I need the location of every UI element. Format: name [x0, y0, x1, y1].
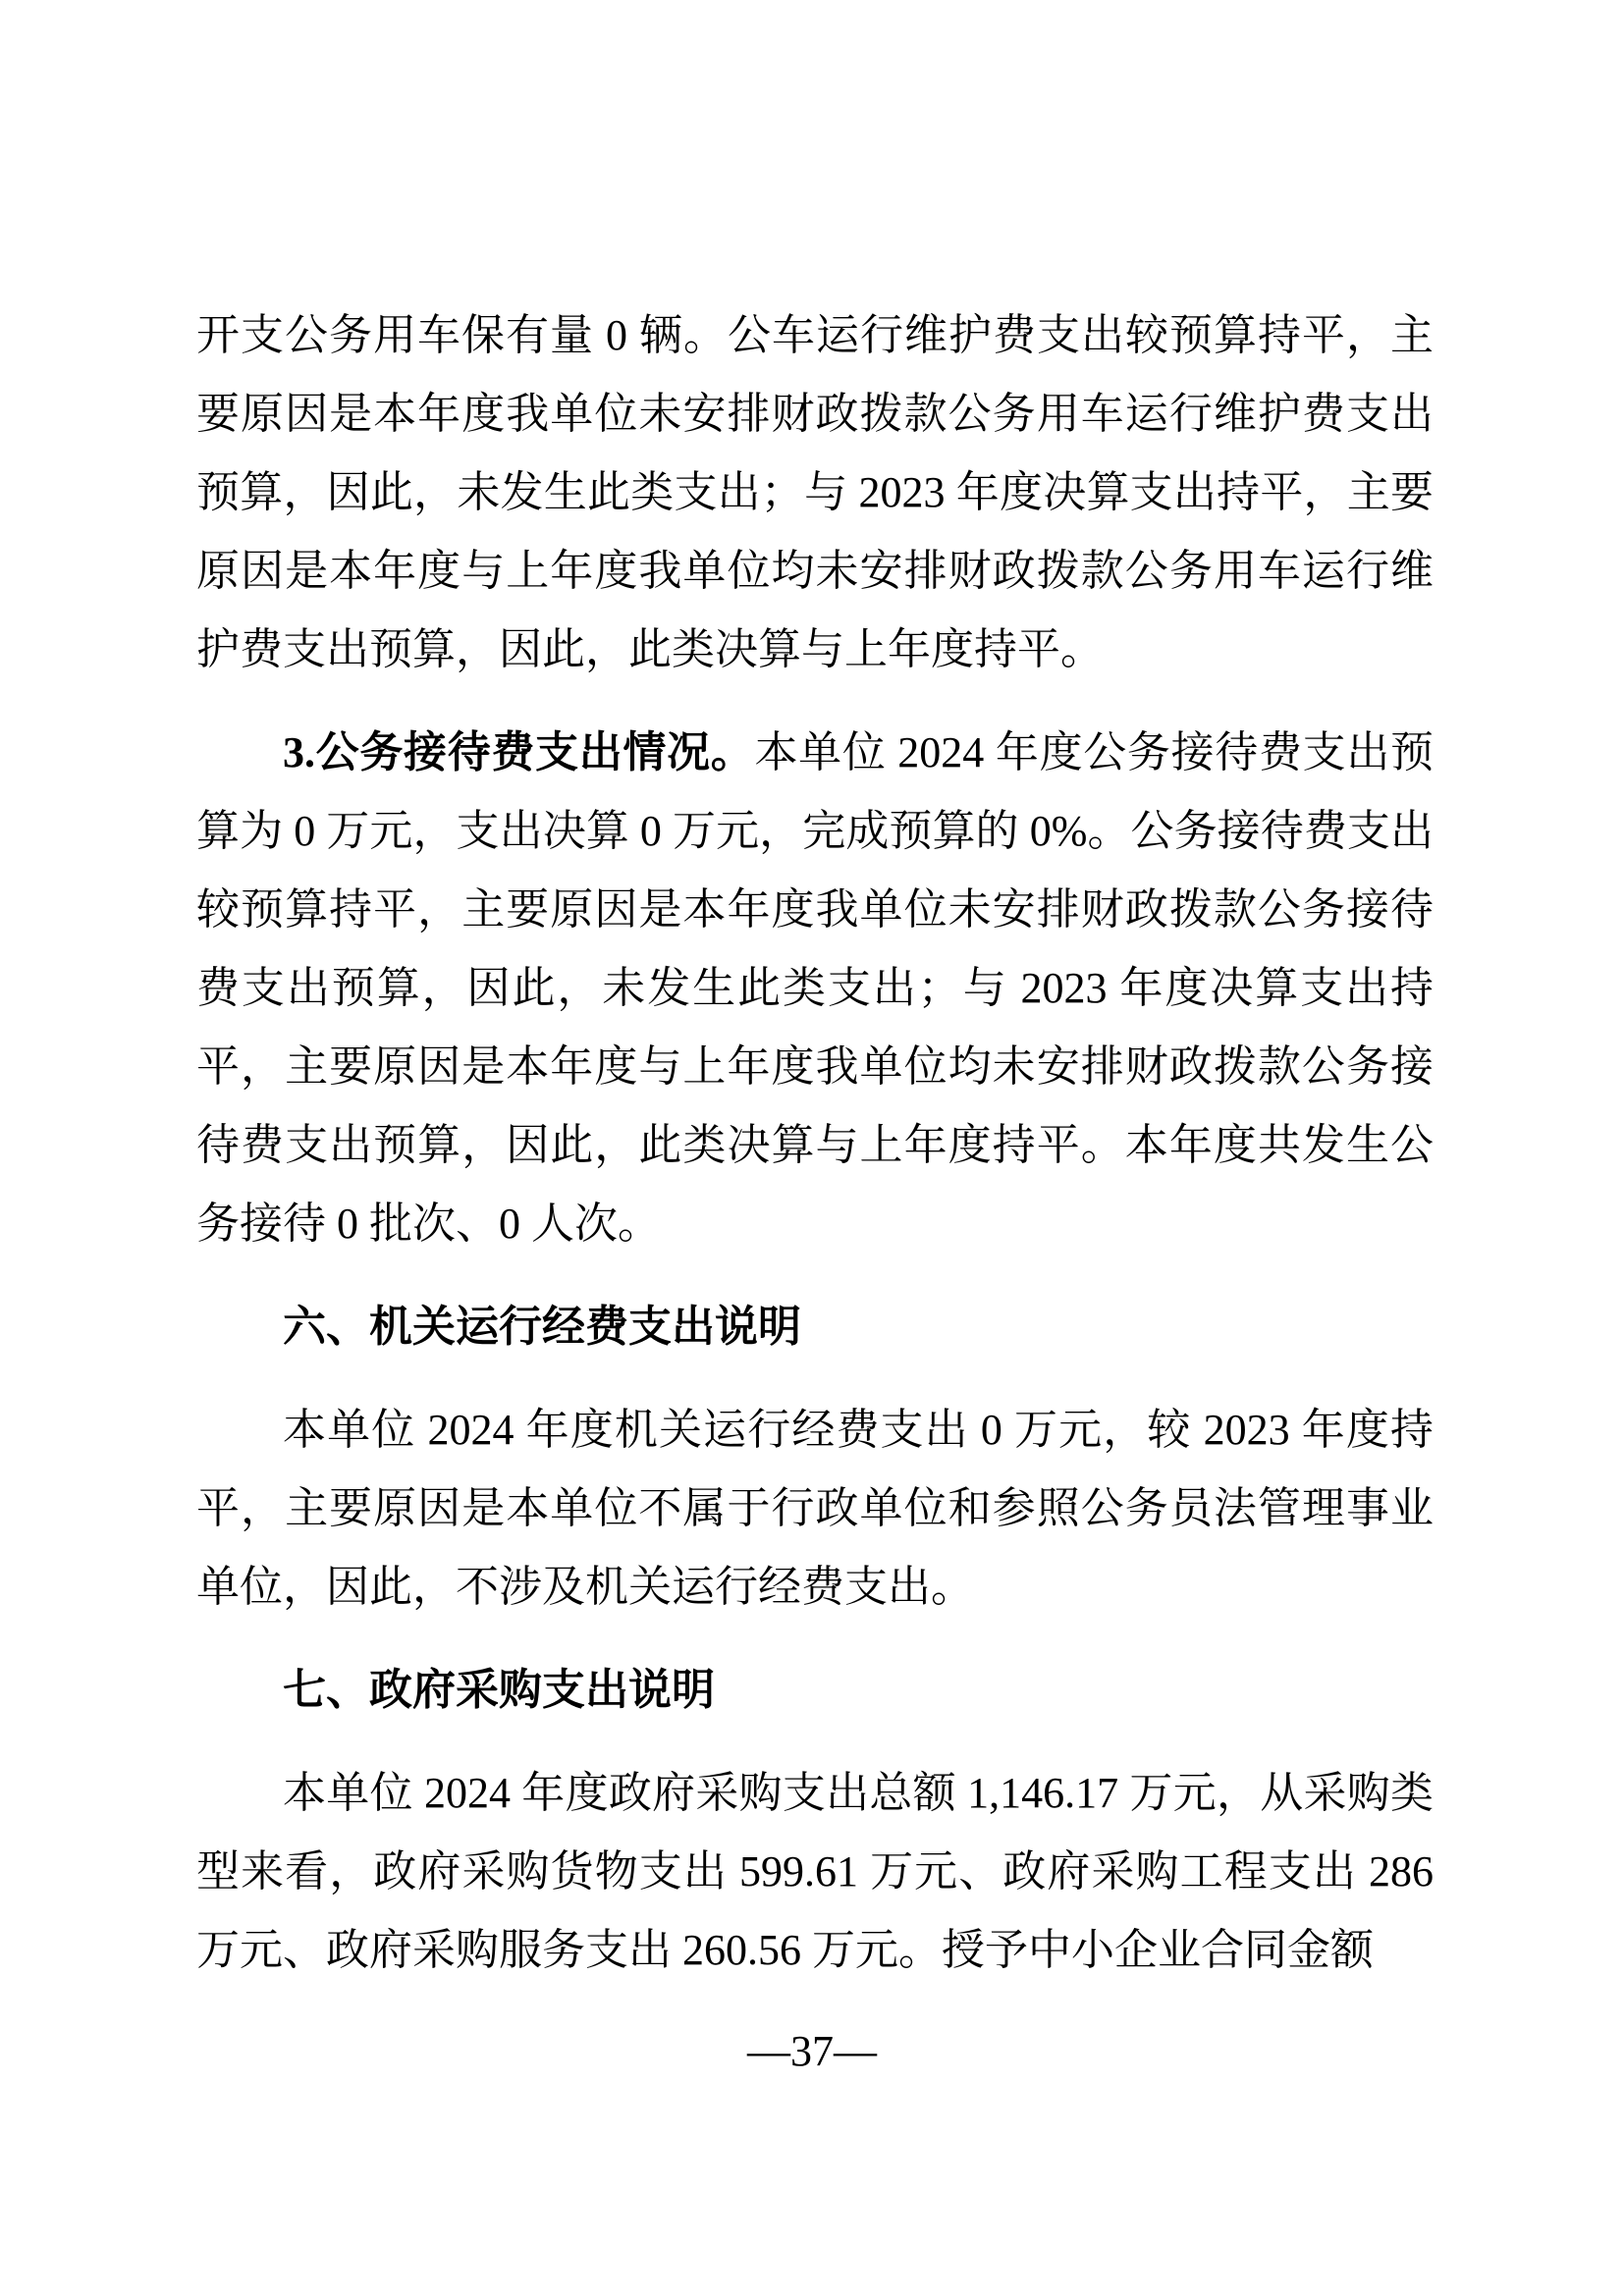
paragraph-reception-bold-lead: 3.公务接待费支出情况。: [283, 728, 754, 776]
document-body: 开支公务用车保有量 0 辆。公车运行维护费支出较预算持平，主要原因是本年度我单位…: [196, 296, 1434, 2014]
paragraph-reception-body-text: 本单位 2024 年度公务接待费支出预算为 0 万元，支出决算 0 万元，完成预…: [196, 728, 1434, 1248]
heading-section-six-agency-operating-expense: 六、机关运行经费支出说明: [196, 1288, 1434, 1366]
document-page: 开支公务用车保有量 0 辆。公车运行维护费支出较预算持平，主要原因是本年度我单位…: [0, 0, 1624, 2296]
paragraph-agency-operating-expense: 本单位 2024 年度机关运行经费支出 0 万元，较 2023 年度持平，主要原…: [196, 1391, 1434, 1627]
page-number: —37—: [0, 2030, 1624, 2073]
paragraph-vehicle-expense-continuation: 开支公务用车保有量 0 辆。公车运行维护费支出较预算持平，主要原因是本年度我单位…: [196, 296, 1434, 689]
paragraph-official-reception: 3.公务接待费支出情况。本单位 2024 年度公务接待费支出预算为 0 万元，支…: [196, 714, 1434, 1263]
heading-section-seven-government-procurement: 七、政府采购支出说明: [196, 1651, 1434, 1730]
paragraph-government-procurement: 本单位 2024 年度政府采购支出总额 1,146.17 万元，从采购类型来看，…: [196, 1754, 1434, 1990]
